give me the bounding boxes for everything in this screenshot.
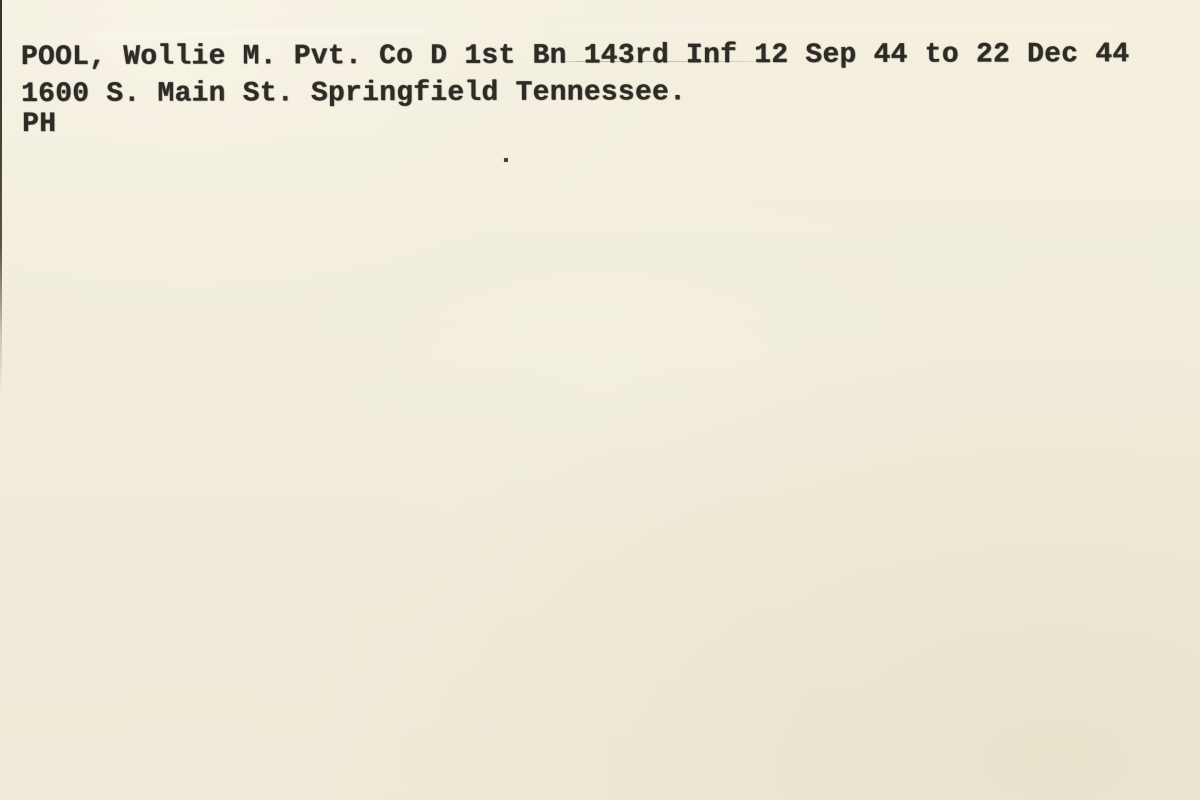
typed-line-award: PH — [22, 111, 56, 139]
typed-line-service-record: POOL, Wollie M. Pvt. Co D 1st Bn 143rd I… — [21, 41, 1130, 72]
typed-text-block: POOL, Wollie M. Pvt. Co D 1st Bn 143rd I… — [0, 0, 1200, 800]
scanned-index-card: POOL, Wollie M. Pvt. Co D 1st Bn 143rd I… — [0, 0, 1200, 800]
typed-line-address: 1600 S. Main St. Springfield Tennessee. — [21, 79, 686, 109]
